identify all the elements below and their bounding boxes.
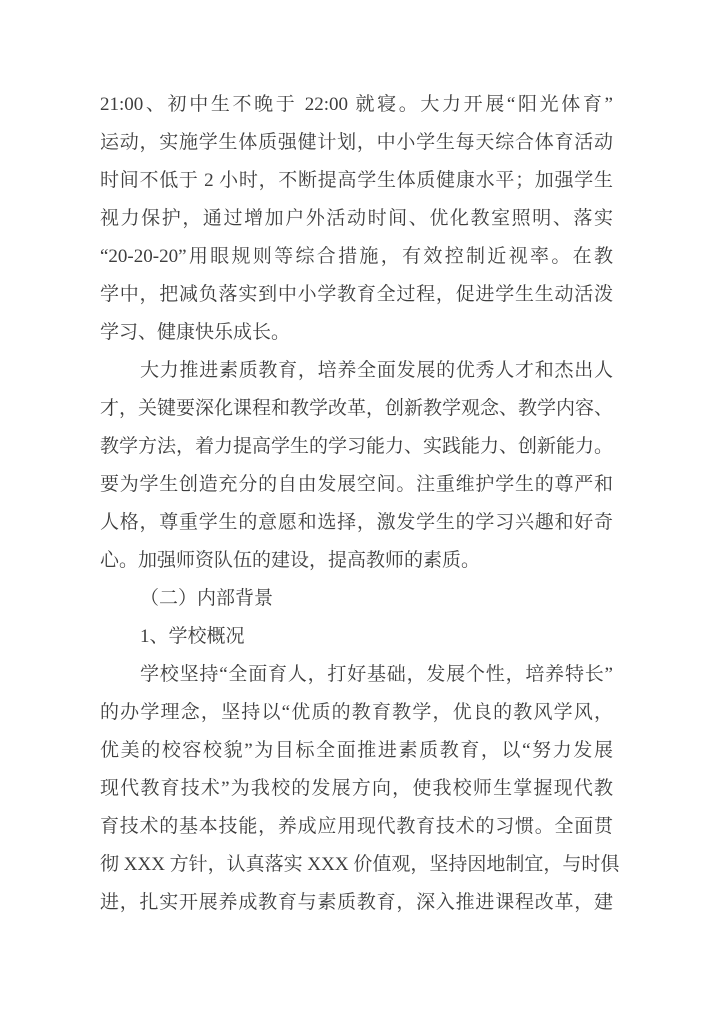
text-line: 时间不低于 2 小时，不断提高学生体质健康水平；加强学生 (100, 162, 613, 200)
text-line: 优美的校容校貌”为目标全面推进素质教育，以“努力发展 (100, 732, 613, 770)
text-line: 21:00、初中生不晚于 22:00 就寝。大力开展“阳光体育” (100, 86, 613, 124)
text-line: 大力推进素质教育，培养全面发展的优秀人才和杰出人 (100, 352, 613, 390)
text-line: “20-20-20”用眼规则等综合措施，有效控制近视率。在教 (100, 238, 613, 276)
text-line: 育技术的基本技能，养成应用现代教育技术的习惯。全面贯 (100, 808, 613, 846)
text-line: 运动，实施学生体质强健计划，中小学生每天综合体育活动 (100, 124, 613, 162)
text-line: 教学方法，着力提高学生的学习能力、实践能力、创新能力。 (100, 428, 613, 466)
text-line: 要为学生创造充分的自由发展空间。注重维护学生的尊严和 (100, 466, 613, 504)
text-line: （二）内部背景 (100, 580, 613, 618)
text-line: 视力保护，通过增加户外活动时间、优化教室照明、落实 (100, 200, 613, 238)
document-page: 21:00、初中生不晚于 22:00 就寝。大力开展“阳光体育”运动，实施学生体… (0, 0, 724, 1024)
document-body: 21:00、初中生不晚于 22:00 就寝。大力开展“阳光体育”运动，实施学生体… (100, 86, 613, 922)
text-line: 心。加强师资队伍的建设，提高教师的素质。 (100, 542, 613, 580)
text-line: 学习、健康快乐成长。 (100, 314, 613, 352)
text-line: 1、学校概况 (100, 618, 613, 656)
text-line: 现代教育技术”为我校的发展方向，使我校师生掌握现代教 (100, 770, 613, 808)
text-line: 人格，尊重学生的意愿和选择，激发学生的学习兴趣和好奇 (100, 504, 613, 542)
text-line: 彻 XXX 方针，认真落实 XXX 价值观，坚持因地制宜，与时俱 (100, 846, 613, 884)
text-line: 才，关键要深化课程和教学改革，创新教学观念、教学内容、 (100, 390, 613, 428)
text-line: 学校坚持“全面育人，打好基础，发展个性，培养特长” (100, 656, 613, 694)
text-line: 的办学理念，坚持以“优质的教育教学，优良的教风学风， (100, 694, 613, 732)
text-line: 进，扎实开展养成教育与素质教育，深入推进课程改革，建 (100, 884, 613, 922)
text-line: 学中，把减负落实到中小学教育全过程，促进学生生动活泼 (100, 276, 613, 314)
